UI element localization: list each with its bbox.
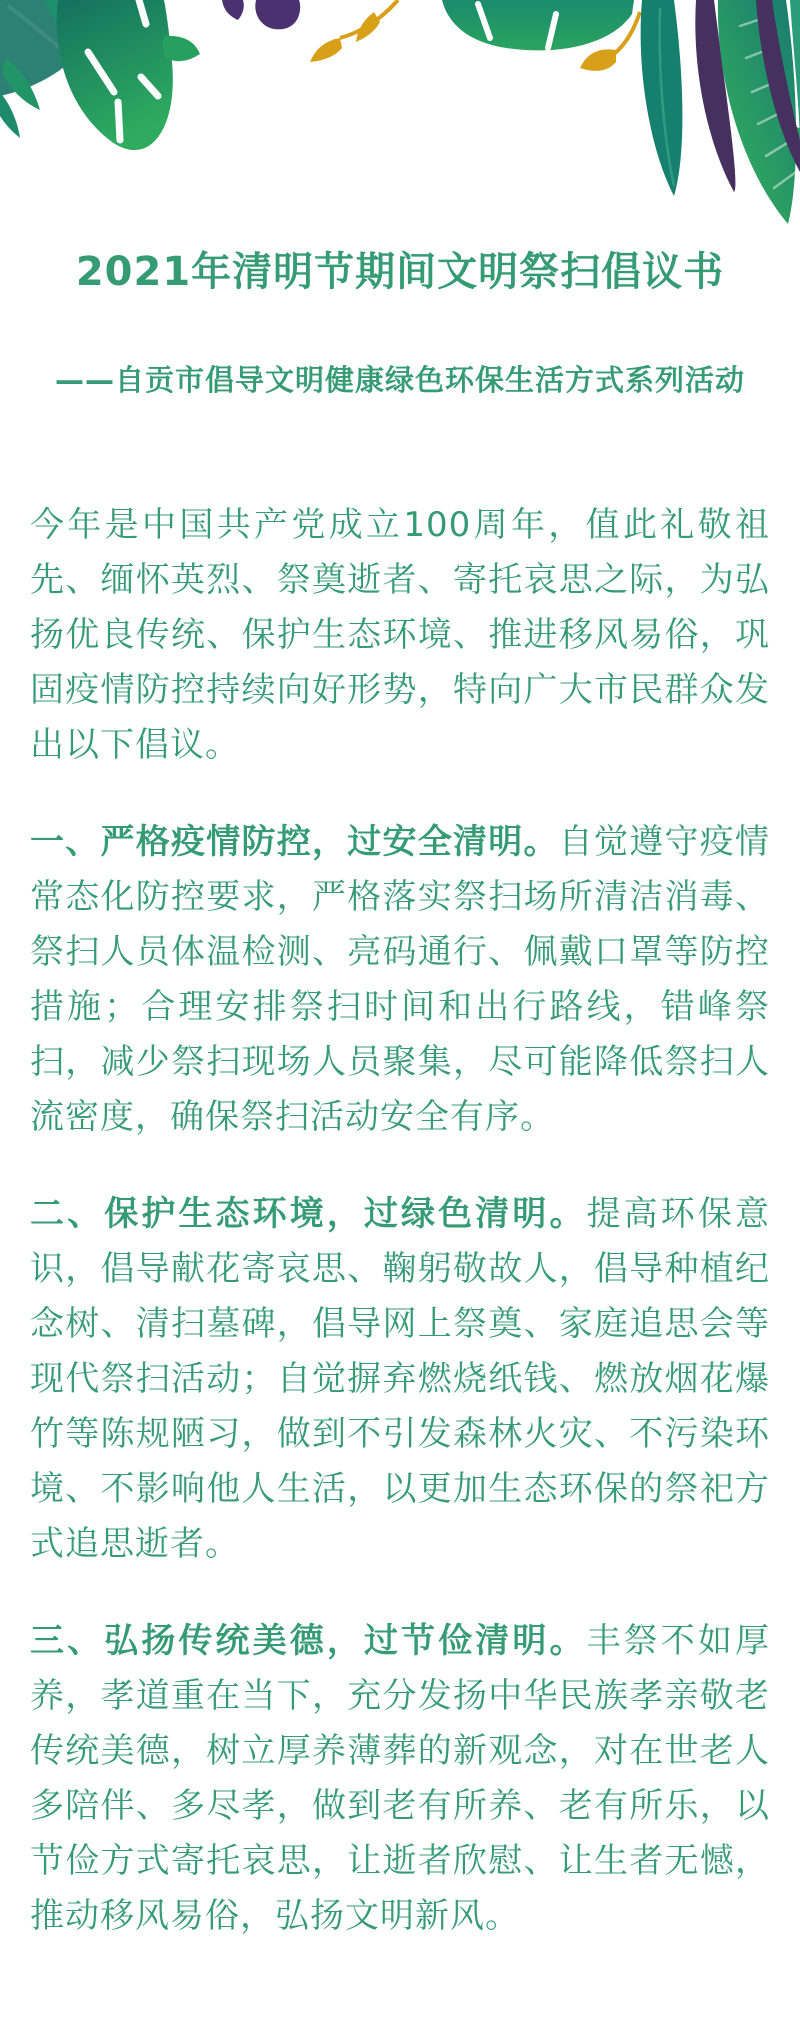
poster-content: 2021年清明节期间文明祭扫倡议书 ——自贡市倡导文明健康绿色环保生活方式系列活… [0, 0, 800, 1944]
poster-subtitle: ——自贡市倡导文明健康绿色环保生活方式系列活动 [30, 362, 770, 398]
intro-paragraph: 今年是中国共产党成立100周年，值此礼敬祖先、缅怀英烈、祭奠逝者、寄托哀思之际，… [30, 498, 770, 773]
section-1-paragraph: 一、严格疫情防控，过安全清明。自觉遵守疫情常态化防控要求，严格落实祭扫场所清洁消… [30, 815, 770, 1145]
page-title: 2021年清明节期间文明祭扫倡议书 [30, 246, 770, 298]
qingming-proposal-poster: 2021年清明节期间文明祭扫倡议书 ——自贡市倡导文明健康绿色环保生活方式系列活… [0, 0, 800, 2041]
section-2-paragraph: 二、保护生态环境，过绿色清明。提高环保意识，倡导献花寄哀思、鞠躬敬故人，倡导种植… [30, 1187, 770, 1572]
section-1-body: 自觉遵守疫情常态化防控要求，严格落实祭扫场所清洁消毒、祭扫人员体温检测、亮码通行… [30, 822, 770, 1137]
section-2-heading: 二、保护生态环境，过绿色清明。 [30, 1194, 587, 1234]
section-2-body: 提高环保意识，倡导献花寄哀思、鞠躬敬故人，倡导种植纪念树、清扫墓碑，倡导网上祭奠… [30, 1194, 770, 1564]
section-3-heading: 三、弘扬传统美德，过节俭清明。 [30, 1621, 587, 1661]
proposal-body: 今年是中国共产党成立100周年，值此礼敬祖先、缅怀英烈、祭奠逝者、寄托哀思之际，… [30, 498, 770, 1944]
section-3-body: 丰祭不如厚养，孝道重在当下，充分发扬中华民族孝亲敬老传统美德，树立厚养薄葬的新观… [30, 1621, 770, 1936]
section-1-heading: 一、严格疫情防控，过安全清明。 [30, 822, 559, 862]
section-3-paragraph: 三、弘扬传统美德，过节俭清明。丰祭不如厚养，孝道重在当下，充分发扬中华民族孝亲敬… [30, 1614, 770, 1944]
